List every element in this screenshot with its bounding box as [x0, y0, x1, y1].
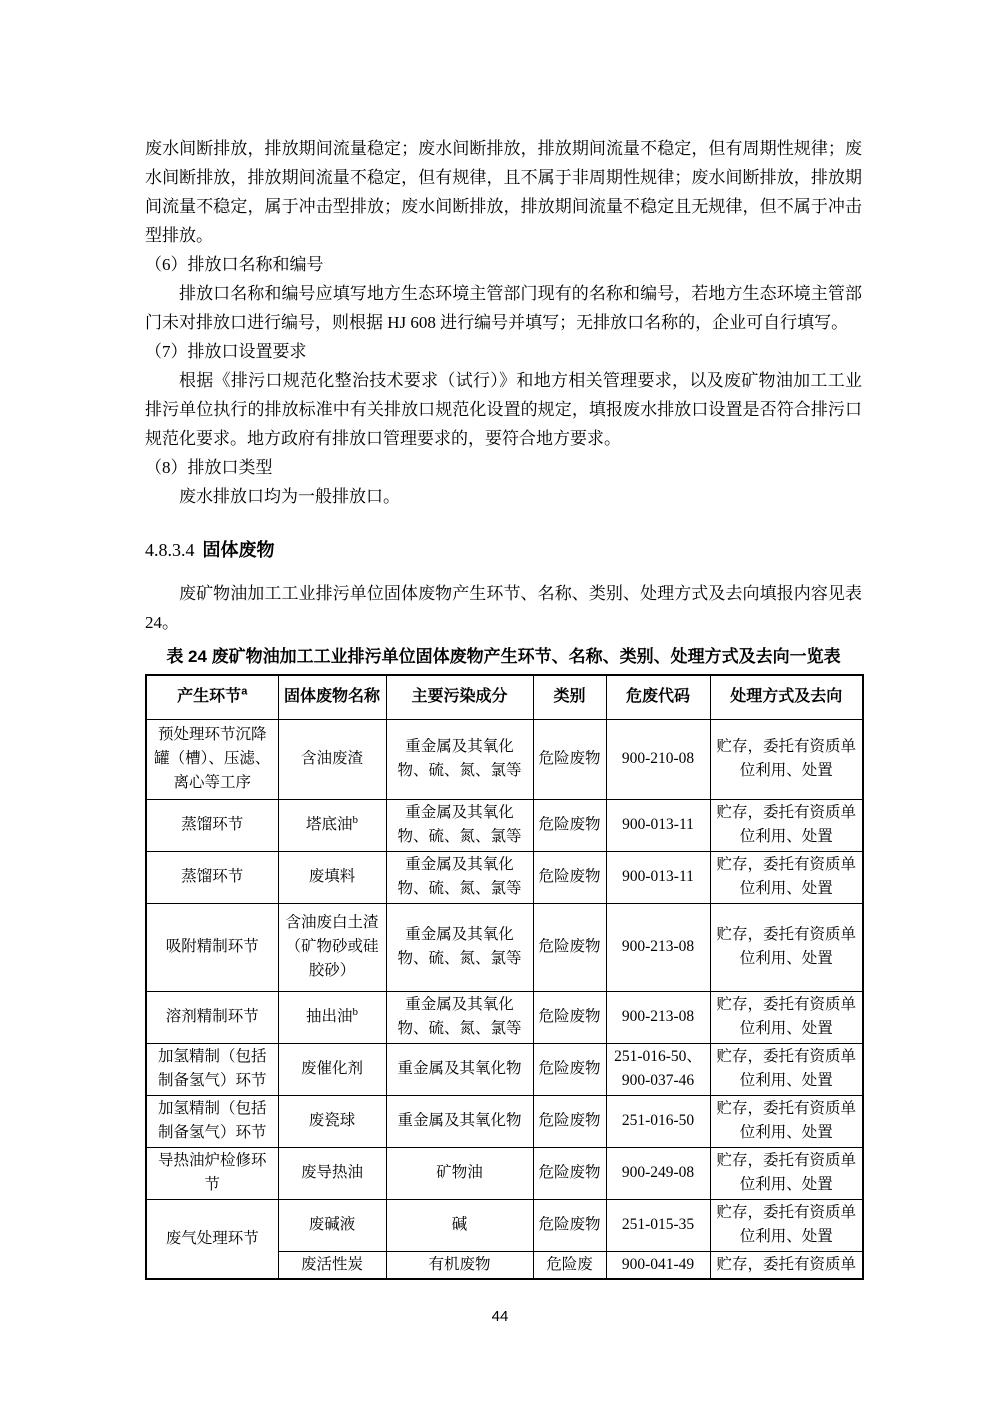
body-paragraph: 排放口名称和编号应填写地方生态环境主管部门现有的名称和编号，若地方生态环境主管部… — [145, 279, 862, 337]
cell-source-step: 加氢精制（包括制备氢气）环节 — [146, 1043, 278, 1095]
cell-disposal: 贮存，委托有资质单位利用、处置 — [710, 1043, 863, 1095]
table-row: 蒸馏环节 废填料 重金属及其氧化物、硫、氮、氯等 危险废物 900-013-11… — [146, 851, 863, 903]
cell-disposal: 贮存，委托有资质单位利用、处置 — [710, 719, 863, 799]
cell-hw-code: 251-015-35 — [606, 1199, 710, 1251]
table-caption: 表 24 废矿物油加工工业排污单位固体废物产生环节、名称、类别、处理方式及去向一… — [145, 645, 862, 669]
cell-category: 危险废物 — [533, 719, 606, 799]
table-row: 废气处理环节 废碱液 碱 危险废物 251-015-35 贮存，委托有资质单位利… — [146, 1199, 863, 1251]
cell-source-step: 废气处理环节 — [146, 1199, 278, 1279]
cell-category: 危险废物 — [533, 1147, 606, 1199]
cell-category: 危险废物 — [533, 851, 606, 903]
document-page: 废水间断排放，排放期间流量稳定；废水间断排放，排放期间流量不稳定，但有周期性规律… — [0, 0, 1000, 1414]
cell-hw-code: 900-013-11 — [606, 851, 710, 903]
cell-waste-name: 废催化剂 — [278, 1043, 386, 1095]
table-row: 加氢精制（包括制备氢气）环节 废瓷球 重金属及其氧化物 危险废物 251-016… — [146, 1095, 863, 1147]
page-content: 废水间断排放，排放期间流量稳定；废水间断排放，排放期间流量不稳定，但有周期性规律… — [145, 134, 862, 1280]
column-header-disposal: 处理方式及去向 — [710, 675, 863, 719]
cell-pollutants: 重金属及其氧化物、硫、氮、氯等 — [386, 799, 533, 851]
cell-disposal: 贮存，委托有资质单位利用、处置 — [710, 903, 863, 991]
cell-disposal: 贮存，委托有资质单位利用、处置 — [710, 1147, 863, 1199]
cell-pollutants: 有机废物 — [386, 1251, 533, 1279]
cell-disposal: 贮存，委托有资质单位利用、处置 — [710, 799, 863, 851]
cell-pollutants: 重金属及其氧化物、硫、氮、氯等 — [386, 851, 533, 903]
cell-pollutants: 重金属及其氧化物、硫、氮、氯等 — [386, 903, 533, 991]
body-paragraph: 根据《排污口规范化整治技术要求（试行）》和地方相关管理要求，以及废矿物油加工工业… — [145, 366, 862, 453]
cell-waste-name: 抽出油b — [278, 991, 386, 1043]
column-header-pollutants: 主要污染成分 — [386, 675, 533, 719]
cell-hw-code: 900-213-08 — [606, 903, 710, 991]
column-header-hw-code: 危废代码 — [606, 675, 710, 719]
cell-waste-name: 含油废白土渣（矿物砂或硅胶砂） — [278, 903, 386, 991]
list-item-6-heading: （6）排放口名称和编号 — [145, 250, 862, 279]
list-item-8-heading: （8）排放口类型 — [145, 453, 862, 482]
page-number: 44 — [0, 1308, 1000, 1325]
section-heading: 4.8.3.4固体废物 — [145, 537, 862, 563]
cell-hw-code: 251-016-50、900-037-46 — [606, 1043, 710, 1095]
cell-hw-code: 900-213-08 — [606, 991, 710, 1043]
cell-source-step: 溶剂精制环节 — [146, 991, 278, 1043]
cell-category: 危险废物 — [533, 991, 606, 1043]
cell-category: 危险废物 — [533, 1043, 606, 1095]
section-title: 固体废物 — [203, 540, 275, 560]
cell-disposal: 贮存，委托有资质单位利用、处置 — [710, 1199, 863, 1251]
cell-source-step: 蒸馏环节 — [146, 799, 278, 851]
cell-waste-name: 废填料 — [278, 851, 386, 903]
table-row: 导热油炉检修环节 废导热油 矿物油 危险废物 900-249-08 贮存，委托有… — [146, 1147, 863, 1199]
cell-disposal: 贮存，委托有资质单位利用、处置 — [710, 851, 863, 903]
cell-waste-name: 废瓷球 — [278, 1095, 386, 1147]
cell-hw-code: 900-041-49 — [606, 1251, 710, 1279]
table-row: 预处理环节沉降罐（槽）、压滤、离心等工序 含油废渣 重金属及其氧化物、硫、氮、氯… — [146, 719, 863, 799]
table-header-row: 产生环节a 固体废物名称 主要污染成分 类别 危废代码 处理方式及去向 — [146, 675, 863, 719]
cell-source-step: 导热油炉检修环节 — [146, 1147, 278, 1199]
cell-hw-code: 900-013-11 — [606, 799, 710, 851]
table-row: 加氢精制（包括制备氢气）环节 废催化剂 重金属及其氧化物 危险废物 251-01… — [146, 1043, 863, 1095]
section-number: 4.8.3.4 — [145, 540, 195, 560]
cell-hw-code: 900-249-08 — [606, 1147, 710, 1199]
cell-pollutants: 重金属及其氧化物 — [386, 1095, 533, 1147]
table-row: 蒸馏环节 塔底油b 重金属及其氧化物、硫、氮、氯等 危险废物 900-013-1… — [146, 799, 863, 851]
cell-waste-name: 废活性炭 — [278, 1251, 386, 1279]
body-paragraph: 废水排放口均为一般排放口。 — [145, 482, 862, 511]
column-header-category: 类别 — [533, 675, 606, 719]
cell-category: 危险废物 — [533, 1199, 606, 1251]
list-item-7-heading: （7）排放口设置要求 — [145, 337, 862, 366]
solid-waste-table: 产生环节a 固体废物名称 主要污染成分 类别 危废代码 处理方式及去向 预处理环… — [145, 674, 864, 1280]
cell-disposal: 贮存，委托有资质单 — [710, 1251, 863, 1279]
cell-disposal: 贮存，委托有资质单位利用、处置 — [710, 991, 863, 1043]
cell-pollutants: 重金属及其氧化物、硫、氮、氯等 — [386, 991, 533, 1043]
cell-source-step: 蒸馏环节 — [146, 851, 278, 903]
cell-pollutants: 重金属及其氧化物、硫、氮、氯等 — [386, 719, 533, 799]
table-row: 溶剂精制环节 抽出油b 重金属及其氧化物、硫、氮、氯等 危险废物 900-213… — [146, 991, 863, 1043]
cell-category: 危险废物 — [533, 903, 606, 991]
table-row: 吸附精制环节 含油废白土渣（矿物砂或硅胶砂） 重金属及其氧化物、硫、氮、氯等 危… — [146, 903, 863, 991]
cell-source-step: 预处理环节沉降罐（槽）、压滤、离心等工序 — [146, 719, 278, 799]
body-paragraph: 废水间断排放，排放期间流量稳定；废水间断排放，排放期间流量不稳定，但有周期性规律… — [145, 134, 862, 250]
cell-source-step: 吸附精制环节 — [146, 903, 278, 991]
cell-disposal: 贮存，委托有资质单位利用、处置 — [710, 1095, 863, 1147]
cell-pollutants: 重金属及其氧化物 — [386, 1043, 533, 1095]
cell-category: 危险废物 — [533, 1095, 606, 1147]
cell-waste-name: 废导热油 — [278, 1147, 386, 1199]
intro-paragraph: 废矿物油加工工业排污单位固体废物产生环节、名称、类别、处理方式及去向填报内容见表… — [145, 579, 862, 637]
column-header-source-step: 产生环节a — [146, 675, 278, 719]
cell-source-step: 加氢精制（包括制备氢气）环节 — [146, 1095, 278, 1147]
cell-waste-name: 塔底油b — [278, 799, 386, 851]
cell-waste-name: 废碱液 — [278, 1199, 386, 1251]
column-header-waste-name: 固体废物名称 — [278, 675, 386, 719]
cell-pollutants: 碱 — [386, 1199, 533, 1251]
cell-category: 危险废物 — [533, 799, 606, 851]
cell-waste-name: 含油废渣 — [278, 719, 386, 799]
cell-hw-code: 251-016-50 — [606, 1095, 710, 1147]
cell-pollutants: 矿物油 — [386, 1147, 533, 1199]
cell-hw-code: 900-210-08 — [606, 719, 710, 799]
cell-category: 危险废 — [533, 1251, 606, 1279]
